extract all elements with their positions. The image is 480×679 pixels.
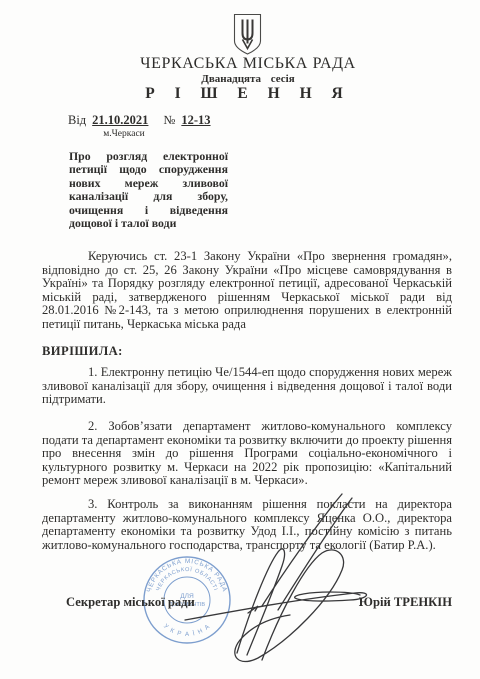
signatory-name: Юрій ТРЕНКІН bbox=[359, 595, 452, 610]
document-page: ЧЕРКАСЬКА МІСЬКА РАДА Дванадцята сесія Р… bbox=[0, 0, 480, 679]
doc-number: 12-13 bbox=[181, 113, 210, 127]
city-label: м.Черкаси bbox=[68, 129, 180, 139]
preamble-paragraph: Керуючись ст. 23-1 Закону України «Про з… bbox=[42, 250, 452, 332]
signatory-title: Секретар міської ради bbox=[66, 595, 195, 610]
meta-line: Від21.10.2021№12-13 bbox=[68, 113, 211, 128]
session-line: Дванадцята сесія bbox=[16, 73, 480, 85]
number-sign: № bbox=[163, 113, 175, 127]
signature-scribble bbox=[172, 486, 402, 676]
doc-type-title: Р І Ш Е Н Н Я bbox=[16, 85, 480, 103]
resolved-heading: ВИРІШИЛА: bbox=[42, 344, 123, 359]
subject-block: Про розгляд електронної петиції щодо спо… bbox=[69, 150, 228, 230]
date-prefix: Від bbox=[68, 113, 86, 127]
trident-icon bbox=[232, 13, 263, 56]
resolution-item-2: 2. Зобов’язати департамент житлово-комун… bbox=[42, 420, 452, 488]
resolution-item-1: 1. Електронну петицію Че/1544-еп щодо сп… bbox=[42, 366, 452, 407]
doc-date: 21.10.2021 bbox=[92, 113, 148, 127]
org-name: ЧЕРКАСЬКА МІСЬКА РАДА bbox=[16, 55, 480, 73]
